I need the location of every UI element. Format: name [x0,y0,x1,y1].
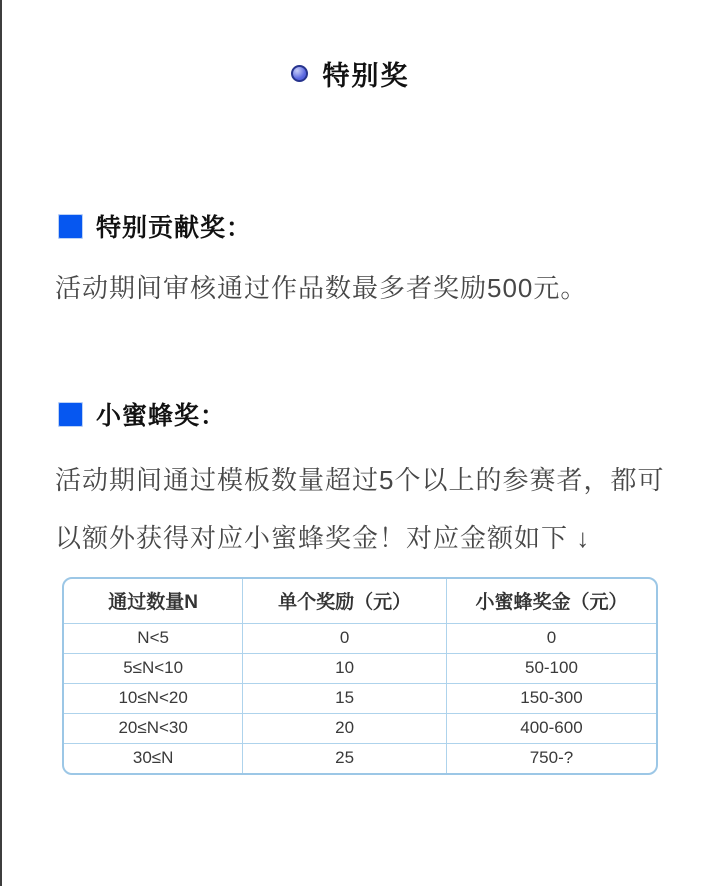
table-cell: 0 [446,623,656,653]
square-bullet-icon [58,402,83,427]
table-cell: 10≤N<20 [64,683,243,713]
square-bullet-icon [58,214,83,239]
table-cell: 20≤N<30 [64,713,243,743]
section-heading-text: 特别贡献奖： [96,208,252,244]
table-cell: 10 [243,653,447,683]
table-cell: N<5 [64,623,243,653]
table-row: N<5 0 0 [64,623,656,653]
section-heading-little-bee: 小蜜蜂奖： [58,396,226,432]
table-cell: 750-? [446,743,656,773]
table-header-cell: 通过数量N [64,579,243,623]
section-heading-special-contribution: 特别贡献奖： [58,208,252,244]
section-heading-text: 小蜜蜂奖： [96,396,226,432]
table-header-row: 通过数量N 单个奖励（元） 小蜜蜂奖金（元） [64,579,656,623]
table-header-cell: 小蜜蜂奖金（元） [446,579,656,623]
section-body-text: 以额外获得对应小蜜蜂奖金！对应金额如下 ↓ [55,518,590,555]
sphere-bullet-icon [291,65,308,82]
document-page: 特别奖 特别贡献奖： 活动期间审核通过作品数最多者奖励500元。 小蜜蜂奖： 活… [0,0,720,886]
table-cell: 150-300 [446,683,656,713]
table-row: 5≤N<10 10 50-100 [64,653,656,683]
table-cell: 20 [243,713,447,743]
section-body-text: 活动期间审核通过作品数最多者奖励500元。 [55,268,587,305]
table-row: 20≤N<30 20 400-600 [64,713,656,743]
table-cell: 0 [243,623,447,653]
table-cell: 50-100 [446,653,656,683]
section-body-text: 活动期间通过模板数量超过5个以上的参赛者，都可 [55,460,664,497]
table-cell: 5≤N<10 [64,653,243,683]
page-title: 特别奖 [323,54,410,93]
table-cell: 15 [243,683,447,713]
table-header-cell: 单个奖励（元） [243,579,447,623]
table-cell: 400-600 [446,713,656,743]
page-left-edge [0,0,2,886]
table-cell: 25 [243,743,447,773]
table-cell: 30≤N [64,743,243,773]
title-row: 特别奖 [0,54,700,93]
reward-table: 通过数量N 单个奖励（元） 小蜜蜂奖金（元） N<5 0 0 5≤N<10 10… [62,577,658,775]
table-row: 10≤N<20 15 150-300 [64,683,656,713]
table-row: 30≤N 25 750-? [64,743,656,773]
